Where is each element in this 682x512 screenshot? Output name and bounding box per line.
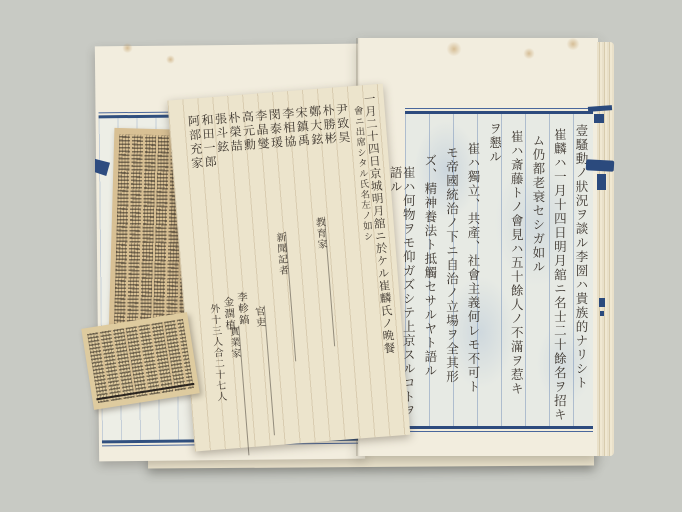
fore-edge-ink-mark: [599, 298, 605, 307]
fore-edge-ink-mark: [597, 174, 606, 190]
foxing-spot: [446, 42, 462, 56]
attendee-list: 尹致昊朴勝彬鄭大鉉教育家宋鎮禹李相協閔泰瑗新聞記者李晶燮高元勳官吏朴榮喆張斗鉉實…: [167, 84, 410, 452]
foxing-spot: [566, 38, 580, 50]
inserted-note-paper: 一月二十四日京城明月舘ニ於ケル崔麟氏ノ晩餐 會ニ出席シタル氏名左ノ如シ 尹致昊朴…: [167, 84, 410, 452]
right-page-ruled-area: 壹騷動ノ狀況ヲ談ル李圀ハ貴族的ナリシト崔麟ハ一月十四日明月舘ニ名士二十餘名ヲ招キ…: [405, 111, 593, 429]
fore-edge-ink-mark: [594, 114, 604, 123]
fore-edge-ink-mark: [586, 159, 615, 171]
archival-photo-open-notebook: 壹騷動ノ狀況ヲ談ル李圀ハ貴族的ナリシト崔麟ハ一月十四日明月舘ニ名士二十餘名ヲ招キ…: [0, 0, 682, 512]
right-page-columns: 壹騷動ノ狀況ヲ談ル李圀ハ貴族的ナリシト崔麟ハ一月十四日明月舘ニ名士二十餘名ヲ招キ…: [409, 120, 588, 422]
foxing-spot: [523, 48, 535, 59]
foxing-spot: [122, 43, 133, 53]
foxing-spot: [166, 55, 175, 64]
handwriting-column: ヲ懇ル: [490, 122, 502, 422]
handwriting-column: モ帝國統治ノ下ニ自治ノ立場ヲ全其形: [446, 146, 458, 422]
newspaper-clipping-fragment: [81, 312, 200, 410]
page-stack-fore-edge: [597, 42, 614, 456]
handwriting-column: 崔ハ獨立、共產、社會主義何レモ不可ト: [468, 142, 480, 422]
handwriting-column: ム仍都老衰セシガ如ル: [533, 134, 545, 422]
fore-edge-ink-mark: [600, 311, 604, 316]
handwriting-column: ズ、精神養法ト抵觸セサルヤト語ル: [425, 154, 437, 422]
handwriting-column: 崔ハ斎藤トノ會見ハ五十餘人ノ不滿ヲ惹キ: [511, 130, 523, 422]
handwriting-column: 崔麟ハ一月十四日明月舘ニ名士二十餘名ヲ招キ: [554, 128, 566, 422]
